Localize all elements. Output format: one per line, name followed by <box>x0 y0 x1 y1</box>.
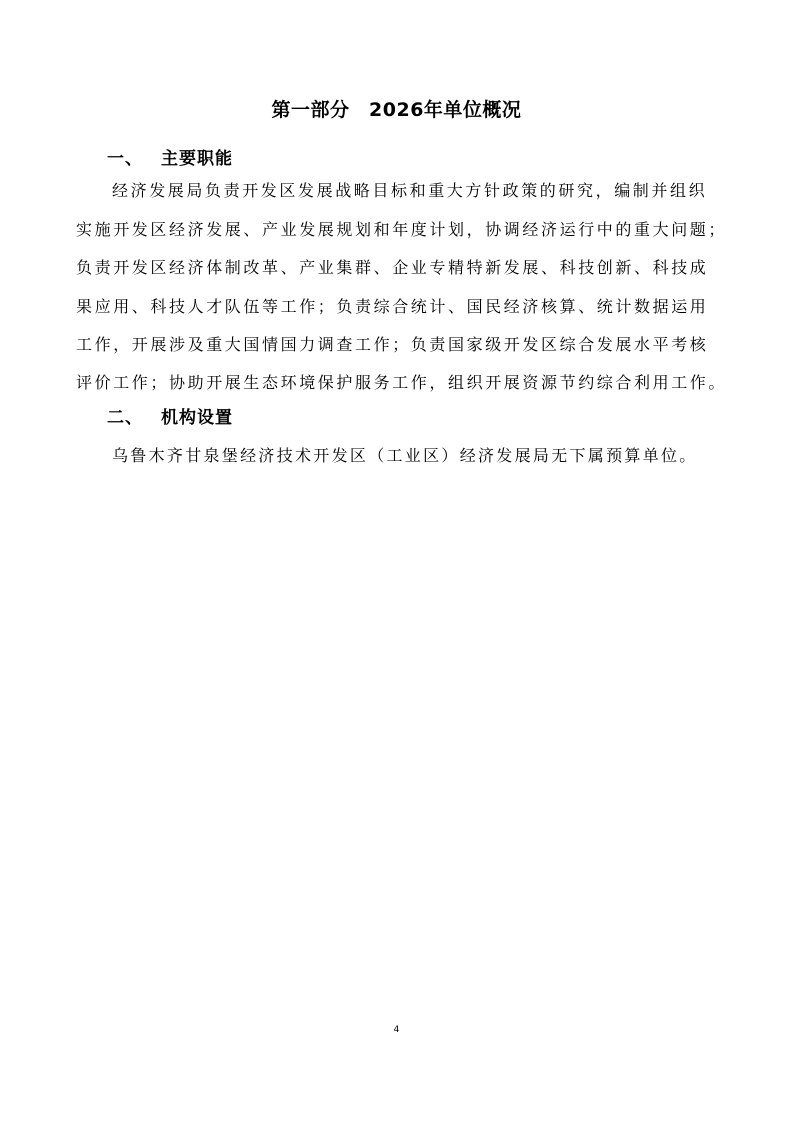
paragraph-line: 工作，开展涉及重大国情国力调查工作；负责国家级开发区综合发展水平考核 <box>76 333 726 357</box>
paragraph-line: 乌鲁木齐甘泉堡经济技术开发区（工业区）经济发展局无下属预算单位。 <box>112 444 762 468</box>
page-number: 4 <box>0 1024 793 1036</box>
page-title: 第一部分 2026年单位概况 <box>0 97 793 123</box>
paragraph-line: 负责开发区经济体制改革、产业集群、企业专精特新发展、科技创新、科技成 <box>76 256 726 280</box>
paragraph-line: 评价工作；协助开展生态环境保护服务工作，组织开展资源节约综合利用工作。 <box>76 371 726 395</box>
paragraph-line: 实施开发区经济发展、产业发展规划和年度计划，协调经济运行中的重大问题； <box>76 218 726 242</box>
document-page: 第一部分 2026年单位概况 一、主要职能 经济发展局负责开发区发展战略目标和重… <box>0 0 793 1122</box>
section-number: 一、 <box>107 149 143 169</box>
paragraph-line: 经济发展局负责开发区发展战略目标和重大方针政策的研究，编制并组织 <box>112 179 762 203</box>
paragraph-line: 果应用、科技人才队伍等工作；负责综合统计、国民经济核算、统计数据运用 <box>76 295 726 319</box>
section-number: 二、 <box>107 408 143 428</box>
section-heading-main-functions: 一、主要职能 <box>107 147 233 171</box>
section-title: 机构设置 <box>161 408 233 428</box>
section-title: 主要职能 <box>161 149 233 169</box>
section-heading-organization: 二、机构设置 <box>107 406 233 430</box>
